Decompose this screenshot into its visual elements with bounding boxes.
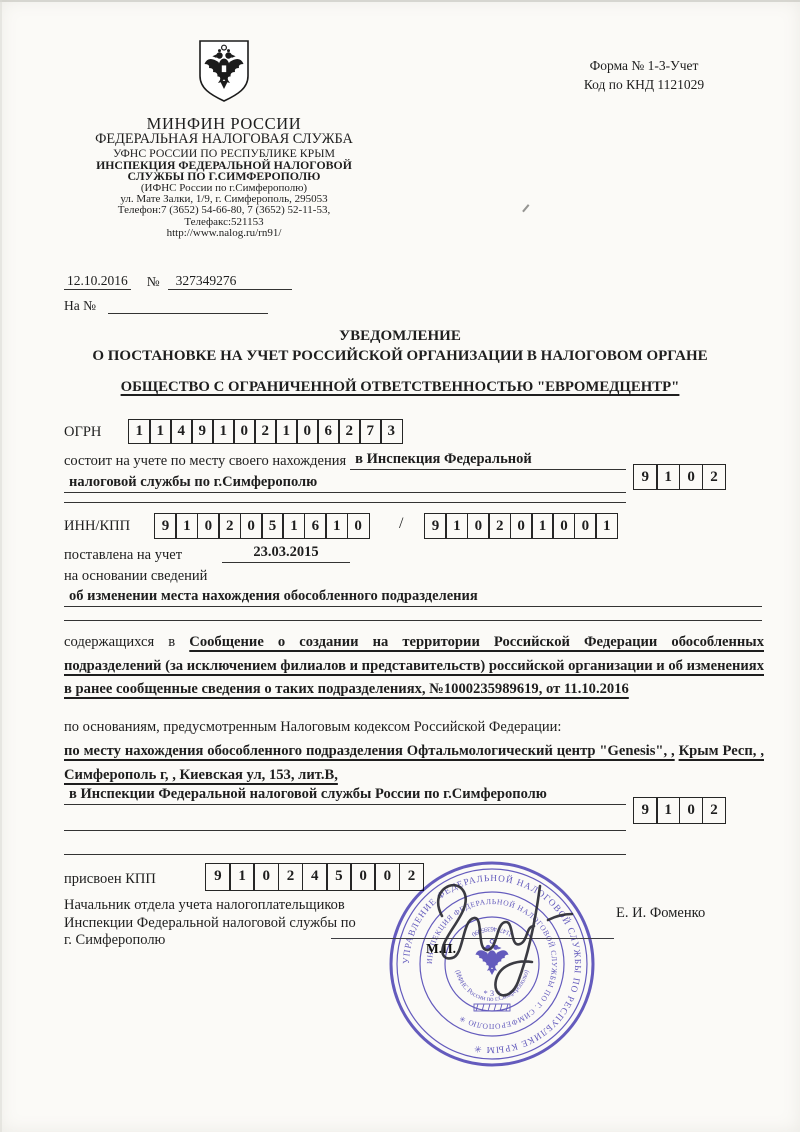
number-sign: № bbox=[147, 274, 160, 290]
digit-cell: 2 bbox=[702, 464, 727, 490]
grounds-label: по основаниям, предусмотренным Налоговым… bbox=[64, 719, 561, 736]
digit-cell: 6 bbox=[304, 513, 327, 539]
digit-cell: 1 bbox=[149, 419, 172, 444]
digit-cell: 5 bbox=[261, 513, 284, 539]
digit-cell: 1 bbox=[128, 419, 151, 444]
inn-kpp-separator: / bbox=[399, 515, 403, 533]
kpp-cells: 910201001 bbox=[424, 513, 618, 539]
digit-cell: 9 bbox=[633, 464, 658, 490]
digit-cell: 0 bbox=[679, 797, 704, 824]
document-title: УВЕДОМЛЕНИЕ О ПОСТАНОВКЕ НА УЧЕТ РОССИЙС… bbox=[0, 327, 800, 366]
digit-cell: 0 bbox=[350, 863, 376, 891]
registered-on-label: поставлена на учет bbox=[64, 547, 182, 564]
digit-cell: 1 bbox=[325, 513, 348, 539]
digit-cell: 0 bbox=[233, 419, 256, 444]
digit-cell: 9 bbox=[633, 797, 658, 824]
form-reference: Форма № 1-3-Учет Код по КНД 1121029 bbox=[556, 56, 732, 94]
digit-cell: 0 bbox=[240, 513, 263, 539]
phone: Телефон:7 (3652) 54-66-80, 7 (3652) 52-1… bbox=[34, 205, 414, 216]
inn-kpp-label: ИНН/КПП bbox=[64, 518, 130, 535]
digit-cell: 1 bbox=[275, 419, 298, 444]
website: http://www.nalog.ru/rn91/ bbox=[34, 228, 414, 239]
digit-cell: 5 bbox=[326, 863, 352, 891]
digit-cell: 0 bbox=[467, 513, 490, 539]
signatory-position: Начальник отдела учета налогоплательщико… bbox=[64, 897, 356, 950]
handwritten-signature bbox=[398, 856, 608, 1016]
title-line-1: УВЕДОМЛЕНИЕ bbox=[0, 327, 800, 347]
position-line-1: Начальник отдела учета налогоплательщико… bbox=[64, 897, 356, 915]
digit-cell: 1 bbox=[445, 513, 468, 539]
position-line-3: г. Симферополю bbox=[64, 932, 356, 950]
digit-cell: 1 bbox=[595, 513, 618, 539]
title-line-2: О ПОСТАНОВКЕ НА УЧЕТ РОССИЙСКОЙ ОРГАНИЗА… bbox=[0, 347, 800, 367]
coat-of-arms-icon bbox=[196, 38, 252, 104]
digit-cell: 0 bbox=[679, 464, 704, 490]
digit-cell: 2 bbox=[278, 863, 304, 891]
authority-line-1: в Инспекция Федеральной bbox=[350, 451, 626, 470]
digit-cell: 0 bbox=[574, 513, 597, 539]
inspection-value: в Инспекции Федеральной налоговой службы… bbox=[64, 786, 626, 805]
digit-cell: 2 bbox=[702, 797, 727, 824]
digit-cell: 1 bbox=[229, 863, 255, 891]
digit-cell: 2 bbox=[218, 513, 241, 539]
registration-prefix: состоит на учете по месту своего нахожде… bbox=[64, 453, 350, 470]
digit-cell: 3 bbox=[380, 419, 403, 444]
digit-cell: 2 bbox=[254, 419, 277, 444]
scan-speck bbox=[522, 204, 535, 217]
blank-line-4 bbox=[64, 832, 626, 855]
document-page: МИНФИН РОССИИ ФЕДЕРАЛЬНАЯ НАЛОГОВАЯ СЛУЖ… bbox=[0, 0, 800, 1132]
inspection-code-cells: 9102 bbox=[633, 797, 726, 824]
digit-cell: 0 bbox=[347, 513, 370, 539]
grounds-paragraph: по месту нахождения обособленного подраз… bbox=[64, 740, 764, 787]
form-number: Форма № 1-3-Учет bbox=[556, 56, 732, 75]
registration-row-1: состоит на учете по месту своего нахожде… bbox=[64, 451, 626, 470]
ministry-name: МИНФИН РОССИИ bbox=[34, 115, 414, 132]
basis-value: об изменении места нахождения обособленн… bbox=[64, 588, 762, 607]
blank-line-1 bbox=[64, 488, 626, 503]
digit-cell: 0 bbox=[253, 863, 279, 891]
digit-cell: 4 bbox=[170, 419, 193, 444]
letterhead: МИНФИН РОССИИ ФЕДЕРАЛЬНАЯ НАЛОГОВАЯ СЛУЖ… bbox=[34, 38, 414, 239]
digit-cell: 0 bbox=[552, 513, 575, 539]
blank-line-3 bbox=[64, 806, 626, 831]
digit-cell: 9 bbox=[191, 419, 214, 444]
digit-cell: 1 bbox=[212, 419, 235, 444]
reference-block: 12.10.2016 № 327349276 На № bbox=[64, 271, 292, 314]
digit-cell: 9 bbox=[154, 513, 177, 539]
digit-cell: 4 bbox=[302, 863, 328, 891]
inspection-row: в Инспекции Федеральной налоговой службы… bbox=[64, 786, 626, 805]
position-line-2: Инспекции Федеральной налоговой службы п… bbox=[64, 915, 356, 933]
inn-cells: 9102051610 bbox=[154, 513, 370, 539]
digit-cell: 6 bbox=[317, 419, 340, 444]
digit-cell: 1 bbox=[531, 513, 554, 539]
reply-number-blank bbox=[108, 298, 268, 314]
signatory-name: Е. И. Фоменко bbox=[616, 905, 705, 922]
authority-code-cells: 9102 bbox=[633, 464, 726, 490]
knd-code: Код по КНД 1121029 bbox=[556, 75, 732, 94]
basis-label: на основании сведений bbox=[64, 568, 207, 585]
digit-cell: 0 bbox=[510, 513, 533, 539]
digit-cell: 7 bbox=[359, 419, 382, 444]
digit-cell: 0 bbox=[296, 419, 319, 444]
ogrn-label: ОГРН bbox=[64, 424, 101, 441]
reply-label: На № bbox=[64, 298, 96, 314]
contained-in-paragraph: содержащихся в Сообщение о создании на т… bbox=[64, 631, 764, 702]
blank-line-2 bbox=[64, 606, 762, 621]
document-date: 12.10.2016 bbox=[64, 273, 131, 290]
service-name: ФЕДЕРАЛЬНАЯ НАЛОГОВАЯ СЛУЖБА bbox=[34, 132, 414, 147]
digit-cell: 2 bbox=[488, 513, 511, 539]
digit-cell: 9 bbox=[205, 863, 231, 891]
assigned-kpp-label: присвоен КПП bbox=[64, 871, 156, 888]
digit-cell: 1 bbox=[656, 464, 681, 490]
organization-name: ОБЩЕСТВО С ОГРАНИЧЕННОЙ ОТВЕТСТВЕННОСТЬЮ… bbox=[0, 379, 800, 396]
contained-prefix: содержащихся в bbox=[64, 634, 175, 650]
digit-cell: 9 bbox=[424, 513, 447, 539]
inspection-name-2: СЛУЖБЫ ПО Г.СИМФЕРОПОЛЮ bbox=[34, 171, 414, 183]
ogrn-cells: 1149102106273 bbox=[128, 419, 403, 444]
scan-edge-top bbox=[0, 0, 800, 2]
digit-cell: 1 bbox=[175, 513, 198, 539]
document-number: 327349276 bbox=[168, 273, 292, 290]
basis-row: об изменении места нахождения обособленн… bbox=[64, 588, 762, 607]
digit-cell: 1 bbox=[656, 797, 681, 824]
grounds-value-1: по месту нахождения обособленного подраз… bbox=[64, 743, 675, 759]
digit-cell: 0 bbox=[197, 513, 220, 539]
digit-cell: 2 bbox=[338, 419, 361, 444]
registered-on-date: 23.03.2015 bbox=[222, 544, 350, 563]
scan-edge-left bbox=[0, 0, 2, 1132]
digit-cell: 1 bbox=[282, 513, 305, 539]
